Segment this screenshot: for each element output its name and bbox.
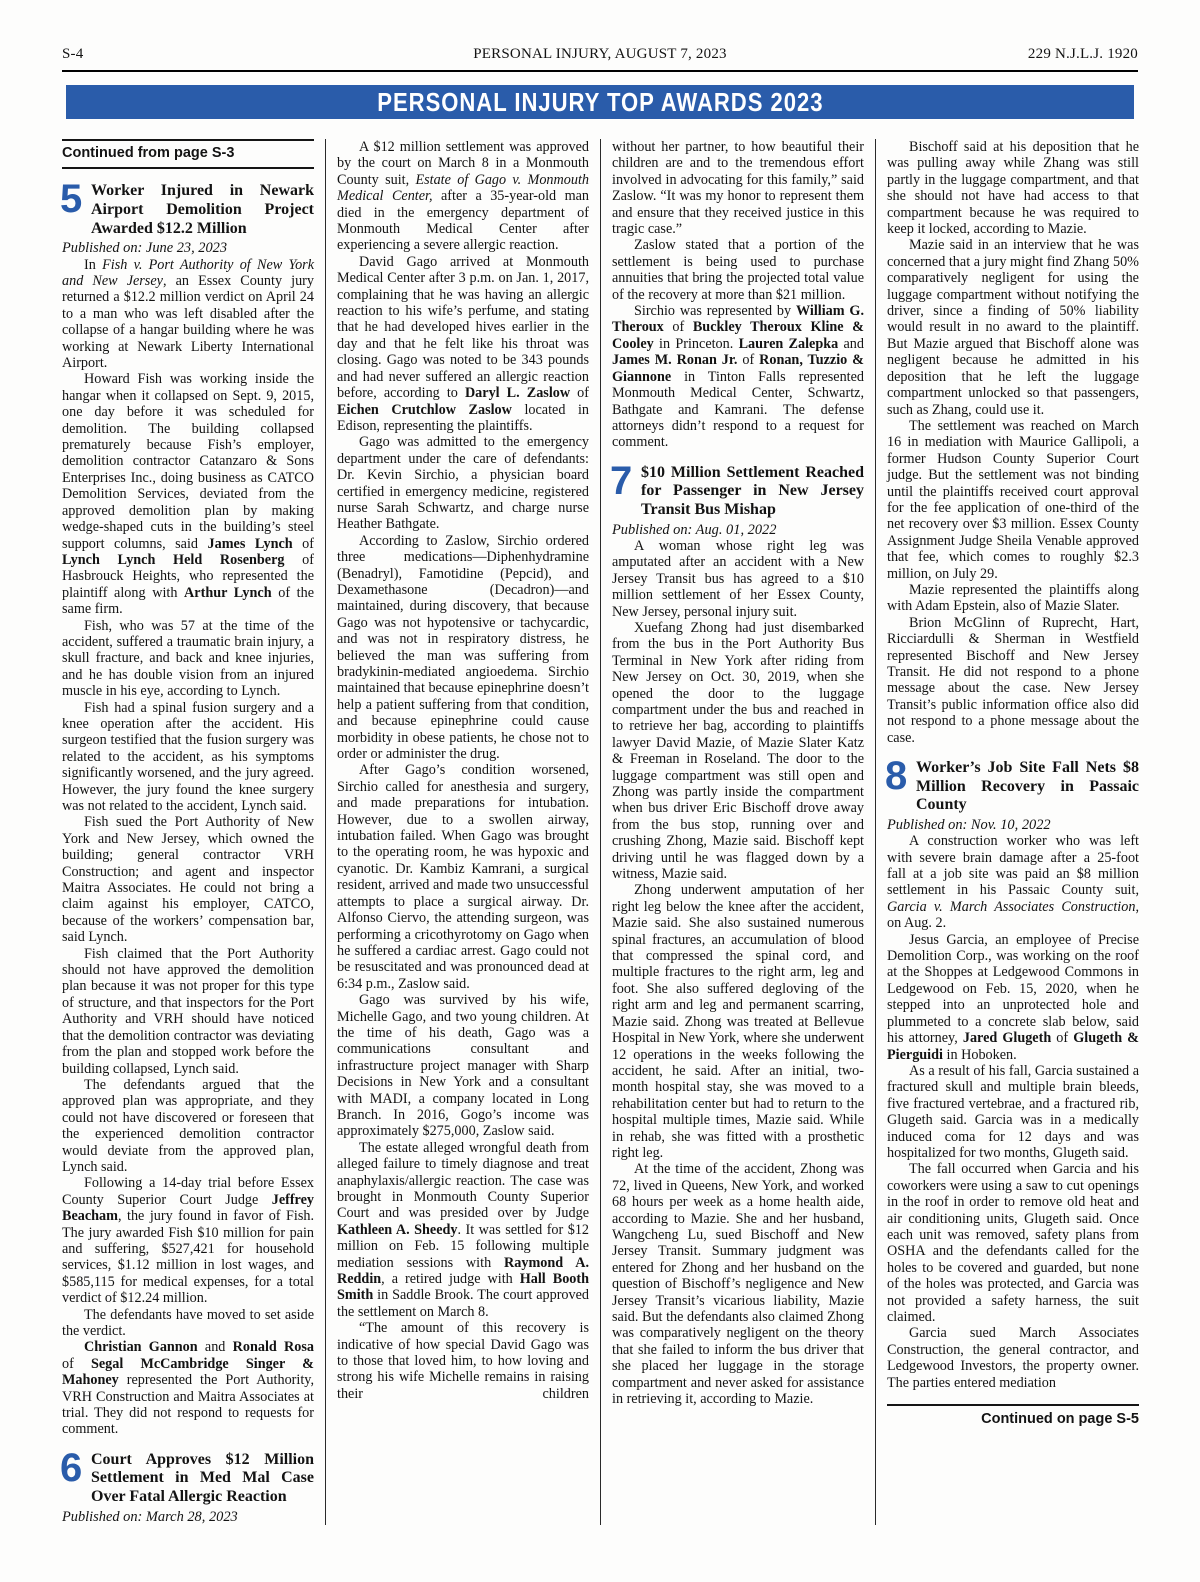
paragraph: Jesus Garcia, an employee of Precise Dem… <box>887 932 1139 1063</box>
paragraph: In Fish v. Port Authority of New York an… <box>62 257 314 372</box>
paragraph: As a result of his fall, Garcia sustaine… <box>887 1063 1139 1161</box>
article-5-heading: 5Worker Injured in Newark Airport Demoli… <box>62 182 314 238</box>
paragraph: At the time of the accident, Zhong was 7… <box>612 1161 864 1407</box>
article-title: $10 Million Settlement Reached for Passe… <box>641 464 864 518</box>
paragraph: A woman whose right leg was amputated af… <box>612 538 864 620</box>
masthead: S-4 PERSONAL INJURY, AUGUST 7, 2023 229 … <box>62 46 1138 72</box>
paragraph: The defendants have moved to set aside t… <box>62 1307 314 1340</box>
paragraph: Gago was admitted to the emergency depar… <box>337 434 589 532</box>
paragraph: Following a 14-day trial before Essex Co… <box>62 1175 314 1306</box>
column-4: Bischoff said at his deposition that he … <box>875 139 1139 1525</box>
paragraph: A $12 million settlement was approved by… <box>337 139 589 254</box>
paragraph: The defendants argued that the approved … <box>62 1077 314 1175</box>
article-title: Court Approves $12 Million Settlement in… <box>91 1451 314 1505</box>
paragraph: Mazie represented the plaintiffs along w… <box>887 582 1139 615</box>
paragraph: A construction worker who was left with … <box>887 833 1139 931</box>
paragraph: Fish sued the Port Authority of New York… <box>62 814 314 945</box>
article-number: 5 <box>60 182 82 217</box>
newspaper-page: S-4 PERSONAL INJURY, AUGUST 7, 2023 229 … <box>62 0 1138 1525</box>
column-3: without her partner, to how beautiful th… <box>600 139 864 1525</box>
published-line: Published on: Nov. 10, 2022 <box>887 817 1139 833</box>
continued-from-note: Continued from page S-3 <box>62 139 314 169</box>
publication-dateline: PERSONAL INJURY, AUGUST 7, 2023 <box>473 46 726 63</box>
paragraph: without her partner, to how beautiful th… <box>612 139 864 237</box>
paragraph: The settlement was reached on March 16 i… <box>887 418 1139 582</box>
paragraph: “The amount of this recovery is indicati… <box>337 1320 589 1402</box>
paragraph: Gago was survived by his wife, Michelle … <box>337 992 589 1140</box>
article-7-heading: 7$10 Million Settlement Reached for Pass… <box>612 464 864 520</box>
article-number: 8 <box>885 759 907 794</box>
paragraph: Christian Gannon and Ronald Rosa of Sega… <box>62 1339 314 1437</box>
paragraph: Fish claimed that the Port Authority sho… <box>62 946 314 1077</box>
article-number: 7 <box>610 464 632 499</box>
volume-citation: 229 N.J.L.J. 1920 <box>1028 46 1138 63</box>
paragraph: Howard Fish was working inside the hanga… <box>62 371 314 617</box>
article-number: 6 <box>60 1451 82 1486</box>
paragraph: Brion McGlinn of Ruprecht, Hart, Ricciar… <box>887 615 1139 746</box>
article-title: Worker Injured in Newark Airport Demolit… <box>91 182 314 236</box>
article-6-heading: 6Court Approves $12 Million Settlement i… <box>62 1451 314 1507</box>
paragraph: Zhong underwent amputation of her right … <box>612 882 864 1161</box>
paragraph: Fish, who was 57 at the time of the acci… <box>62 618 314 700</box>
column-1: Continued from page S-35Worker Injured i… <box>62 139 314 1525</box>
paragraph: Sirchio was represented by William G. Th… <box>612 303 864 451</box>
paragraph: Mazie said in an interview that he was c… <box>887 237 1139 417</box>
section-banner-title: PERSONAL INJURY TOP AWARDS 2023 <box>377 87 823 117</box>
published-line: Published on: March 28, 2023 <box>62 1509 314 1525</box>
column-2: A $12 million settlement was approved by… <box>325 139 589 1525</box>
paragraph: Bischoff said at his deposition that he … <box>887 139 1139 237</box>
paragraph: After Gago’s condition worsened, Sirchio… <box>337 762 589 992</box>
article-8-heading: 8Worker’s Job Site Fall Nets $8 Million … <box>887 759 1139 815</box>
article-title: Worker’s Job Site Fall Nets $8 Million R… <box>916 759 1139 813</box>
continued-on-note: Continued on page S-5 <box>887 1404 1139 1427</box>
paragraph: Xuefang Zhong had just disembarked from … <box>612 620 864 883</box>
article-columns: Continued from page S-35Worker Injured i… <box>62 139 1138 1525</box>
paragraph: David Gago arrived at Monmouth Medical C… <box>337 254 589 434</box>
paragraph: The fall occurred when Garcia and his co… <box>887 1161 1139 1325</box>
published-line: Published on: Aug. 01, 2022 <box>612 522 864 538</box>
paragraph: Fish had a spinal fusion surgery and a k… <box>62 700 314 815</box>
paragraph: Garcia sued March Associates Constructio… <box>887 1325 1139 1391</box>
paragraph: The estate alleged wrongful death from a… <box>337 1140 589 1320</box>
page-number: S-4 <box>62 46 83 63</box>
published-line: Published on: June 23, 2023 <box>62 240 314 256</box>
paragraph: Zaslow stated that a portion of the sett… <box>612 237 864 303</box>
paragraph: According to Zaslow, Sirchio ordered thr… <box>337 533 589 763</box>
section-banner: PERSONAL INJURY TOP AWARDS 2023 <box>66 85 1134 119</box>
